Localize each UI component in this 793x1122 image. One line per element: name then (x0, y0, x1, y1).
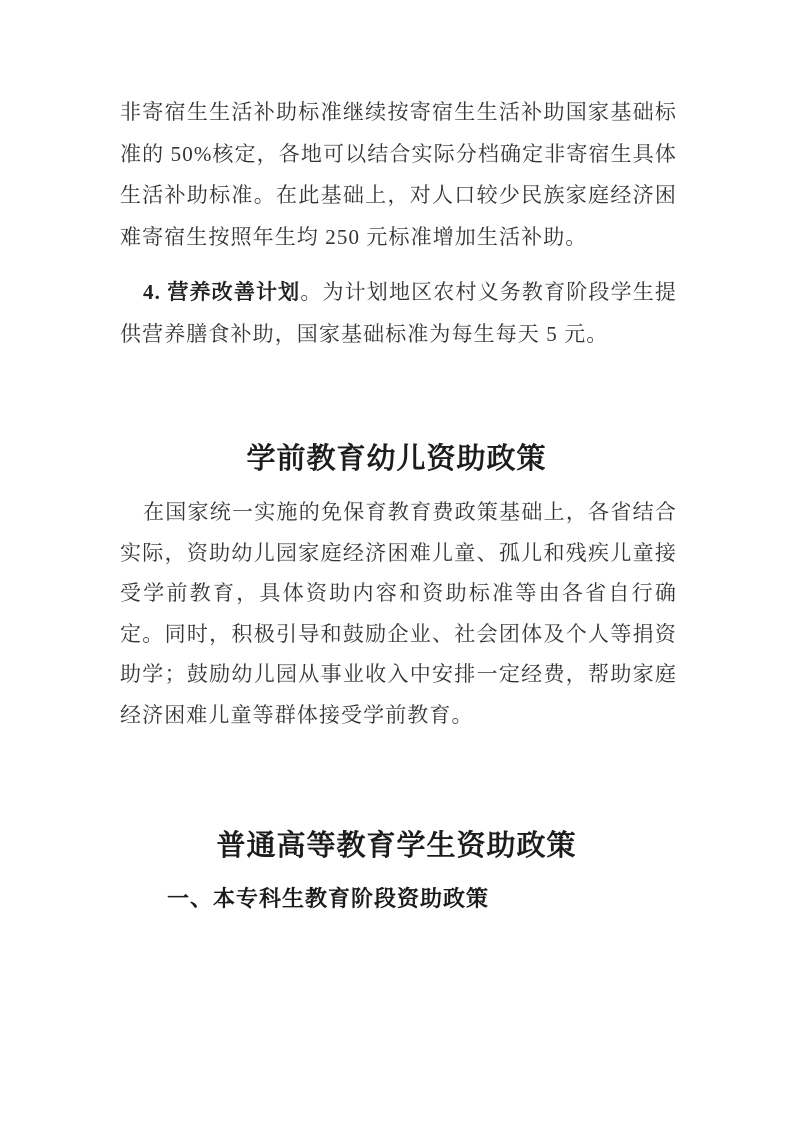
document-page: 非寄宿生生活补助标准继续按寄宿生生活补助国家基础标准的 50%核定，各地可以结合… (0, 0, 793, 1122)
paragraph-preschool-policy: 在国家统一实施的免保育教育费政策基础上，各省结合实际，资助幼儿园家庭经济困难儿童… (120, 492, 677, 735)
nutrition-plan-lead-text: 4. 营养改善计划 (143, 280, 300, 304)
paragraph-nonboarding-subsidy: 非寄宿生生活补助标准继续按寄宿生生活补助国家基础标准的 50%核定，各地可以结合… (120, 92, 677, 258)
heading-higher-education-subsidy-policy: 普通高等教育学生资助政策 (0, 827, 793, 865)
paragraph-nutrition-plan: 4. 营养改善计划。为计划地区农村义务教育阶段学生提供营养膳食补助，国家基础标准… (120, 272, 677, 355)
heading-preschool-subsidy-policy: 学前教育幼儿资助政策 (0, 440, 793, 478)
subheading-undergraduate-stage-policy: 一、本专科生教育阶段资助政策 (167, 885, 677, 913)
